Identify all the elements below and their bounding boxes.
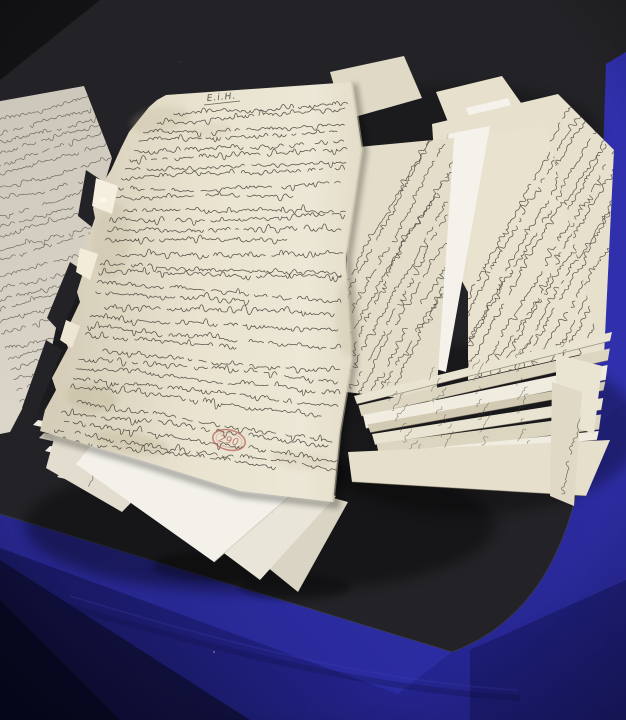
photograph-stage: E.i.H. 290 bbox=[0, 0, 626, 720]
vignette bbox=[0, 0, 626, 720]
manuscript-stack-photo: E.i.H. 290 bbox=[0, 0, 626, 720]
vignette-overlay bbox=[0, 0, 626, 720]
